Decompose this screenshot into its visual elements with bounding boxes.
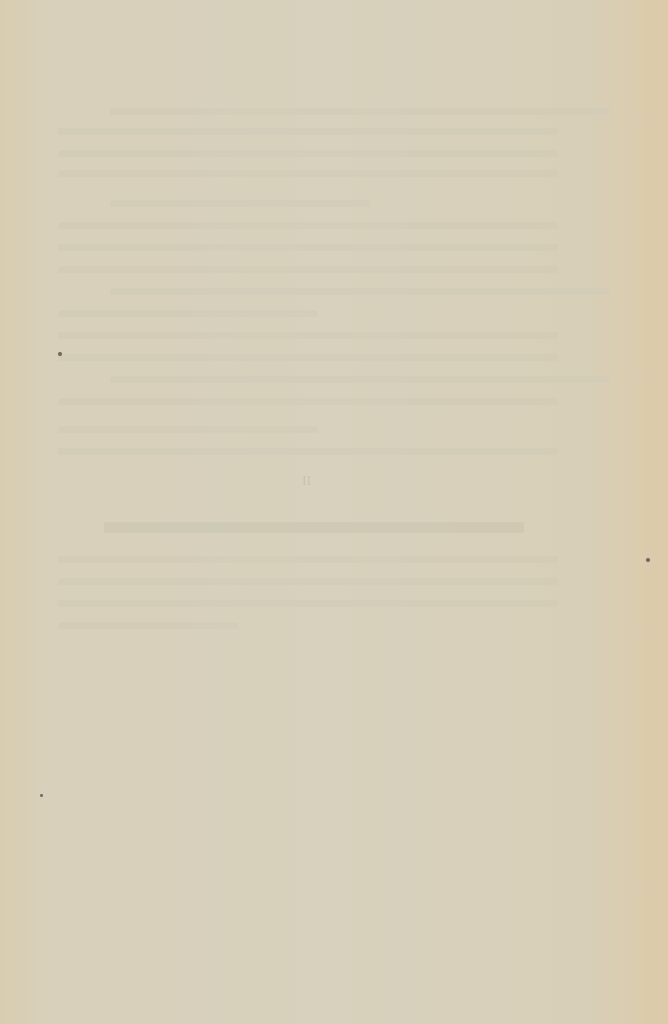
ink-speck [646,558,650,562]
ink-speck [58,352,62,356]
section-numeral: II [302,474,316,488]
ink-speck [40,794,43,797]
scanned-blank-page: II [0,0,668,1024]
